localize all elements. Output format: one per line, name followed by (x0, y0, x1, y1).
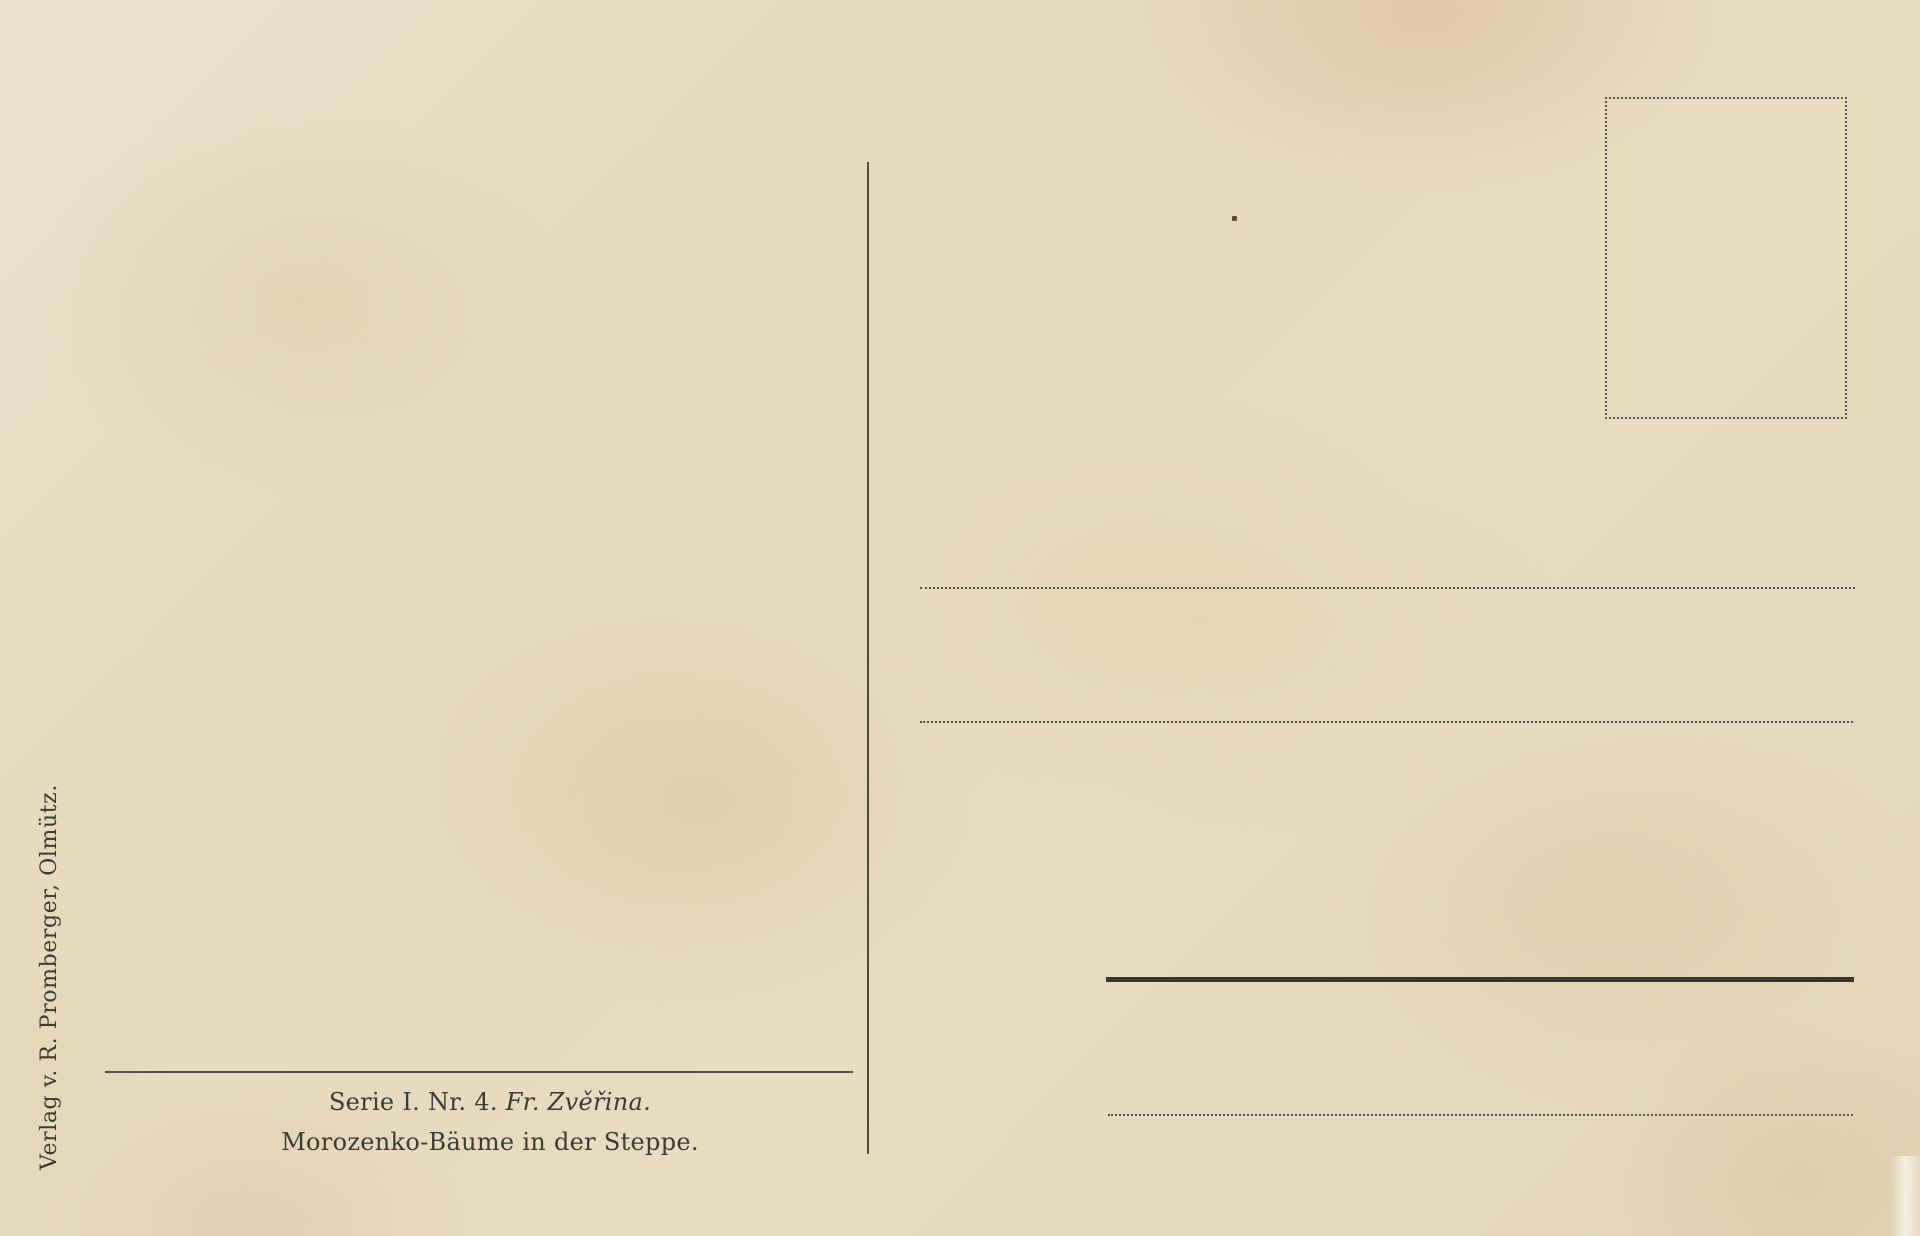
address-line-1 (920, 587, 1855, 589)
address-line-2 (920, 721, 1853, 723)
caption-rule (105, 1071, 853, 1073)
address-line-3 (1106, 977, 1854, 982)
address-line-4 (1108, 1114, 1853, 1116)
message-address-divider (867, 162, 869, 1154)
image-caption: Serie I. Nr. 4. Fr. Zvěřina. Morozenko-B… (230, 1082, 750, 1162)
artist-name: Fr. Zvěřina. (506, 1088, 651, 1116)
series-label: Serie I. Nr. 4. (329, 1088, 498, 1116)
stamp-placeholder-icon (1605, 97, 1847, 419)
publisher-imprint: Verlag v. R. Promberger, Olmütz. (34, 784, 66, 1170)
paper-speck (1232, 216, 1237, 221)
caption-series-line: Serie I. Nr. 4. Fr. Zvěřina. (230, 1082, 750, 1122)
caption-title: Morozenko-Bäume in der Steppe. (230, 1122, 750, 1162)
corner-crease (1890, 1156, 1920, 1236)
postcard-back: Verlag v. R. Promberger, Olmütz. Serie I… (0, 0, 1920, 1236)
